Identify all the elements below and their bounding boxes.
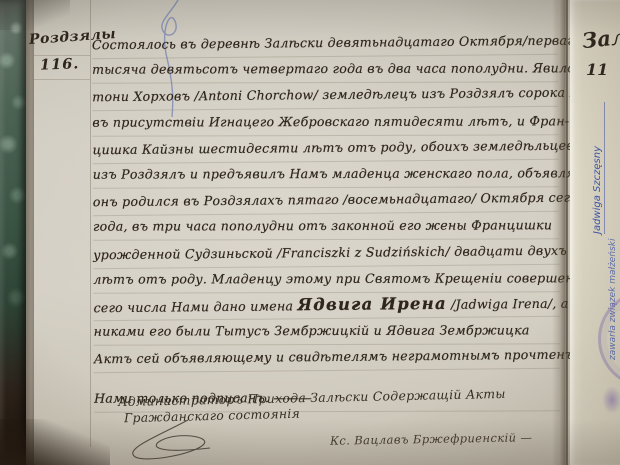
margin-baseline-2 bbox=[34, 79, 90, 80]
margin-rule-line bbox=[90, 0, 91, 447]
manuscript-line: изъ Роздзялъ и предъявилъ Намъ младенца … bbox=[93, 161, 559, 189]
child-name-emphasis: Ядвига Ирена bbox=[297, 294, 447, 314]
manuscript-line: Состоялось въ деревнѣ Залѣски девятьнадц… bbox=[92, 29, 558, 60]
manuscript-line: Актъ сей объявляющему и свидѣтелямъ негр… bbox=[94, 343, 560, 374]
manuscript-text-segment: лѣтъ отъ роду. Младенцу этому при Святом… bbox=[93, 270, 609, 287]
register-book-photo: Роздзялы 116. Состоялось въ деревнѣ Залѣ… bbox=[0, 0, 620, 465]
manuscript-text-segment: тысяча девятьсотъ четвертаго года въ два… bbox=[92, 60, 610, 77]
manuscript-text-segment: урожденной Судзиньской /Franciszki z Sud… bbox=[93, 242, 567, 262]
manuscript-line: никами его были Тытусъ Зембржицкій и Ядв… bbox=[94, 318, 560, 346]
top-left-shadow bbox=[0, 0, 70, 30]
manuscript-line: цишка Кайзны шестидесяти лѣтъ отъ роду, … bbox=[92, 134, 558, 165]
manuscript-text-segment: Актъ сей объявляющему и свидѣтелямъ негр… bbox=[94, 347, 574, 367]
manuscript-line: онъ родился въ Роздзялахъ пятаго /восемь… bbox=[93, 186, 559, 217]
manuscript-line: сего числа Нами дано имена Ядвига Ирена … bbox=[93, 291, 559, 322]
stamp-ink-smudge bbox=[602, 386, 620, 414]
manuscript-text-segment: никами его были Тытусъ Зембржицкій и Ядв… bbox=[94, 322, 530, 338]
manuscript-line: тысяча девятьсотъ четвертаго года въ два… bbox=[92, 56, 558, 84]
bottom-left-binding-shadow bbox=[0, 419, 110, 465]
manuscript-line: въ присутствіи Игнацего Жебровскаго пяти… bbox=[92, 109, 558, 137]
manuscript-text-segment: онъ родился въ Роздзялахъ пятаго /восемь… bbox=[93, 190, 578, 210]
manuscript-text-segment: Состоялось въ деревнѣ Залѣски девятьнадц… bbox=[92, 32, 620, 52]
blue-margin-annotation-name: Jadwiga Szczęsny bbox=[592, 102, 605, 234]
manuscript-text-segment: года, въ три часа пополудни отъ законной… bbox=[93, 218, 552, 234]
manuscript-text-segment: цишка Кайзны шестидесяти лѣтъ отъ роду, … bbox=[92, 137, 582, 157]
manuscript-text-segment: изъ Роздзялъ и предъявилъ Намъ младенца … bbox=[93, 165, 616, 182]
pen-flourish bbox=[118, 418, 238, 464]
manuscript-text-segment: сего числа Нами дано имена bbox=[93, 298, 297, 315]
page-edge-line bbox=[566, 0, 568, 465]
manuscript-line: тони Хорховъ /Antoni Chorchow/ земледѣле… bbox=[92, 81, 558, 112]
act-text-block: Состоялось въ деревнѣ Залѣски девятьнадц… bbox=[92, 30, 560, 414]
margin-act-number: 116. bbox=[40, 55, 80, 73]
book-binding-marbled bbox=[0, 0, 27, 465]
manuscript-text-segment: тони Хорховъ /Antoni Chorchow/ земледѣле… bbox=[92, 85, 614, 105]
manuscript-line: года, въ три часа пополудни отъ законной… bbox=[93, 214, 559, 242]
manuscript-line: лѣтъ отъ роду. Младенцу этому при Святом… bbox=[93, 266, 559, 294]
manuscript-line: урожденной Судзиньской /Franciszki z Sud… bbox=[93, 238, 559, 269]
next-page-act-number-fragment: 11 bbox=[586, 60, 608, 79]
next-page-header-fragment: Зал bbox=[581, 24, 620, 53]
next-page-sliver: Зал 11 Jadwiga Szczęsny zawarła związek … bbox=[570, 0, 620, 465]
manuscript-text-segment: въ присутствіи Игнацего Жебровскаго пяти… bbox=[92, 113, 569, 129]
